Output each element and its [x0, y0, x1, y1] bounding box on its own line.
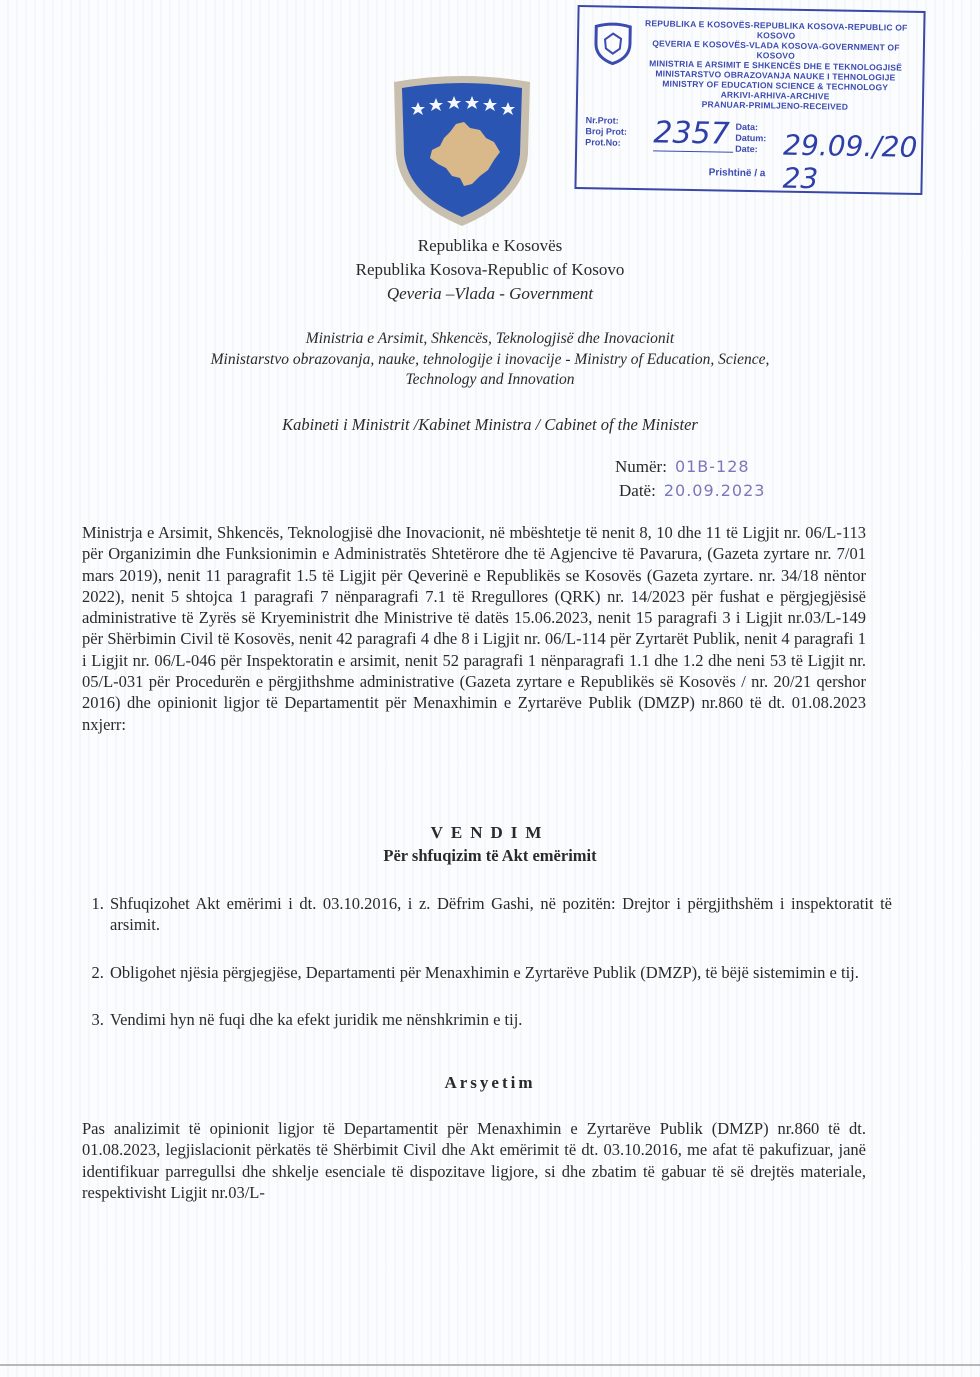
decision-title: VENDIM	[0, 823, 980, 843]
ministry-name-sq: Ministria e Arsimit, Shkencës, Teknologj…	[0, 328, 980, 349]
header-government: Qeveria –Vlada - Government	[0, 282, 980, 306]
reference-date-value: 20.09.2023	[664, 481, 766, 500]
stamp-place: Prishtinë / a	[709, 167, 766, 179]
reference-date-label: Datë:	[619, 481, 656, 500]
received-stamp: Republika e Kosovës-Republika Kosova-Rep…	[574, 5, 925, 195]
stamp-label: Prot.No:	[585, 137, 627, 149]
stamp-date-value: 29.09./20 23	[782, 129, 921, 197]
stamp-label: Date:	[735, 144, 766, 156]
stamp-label: Nr.Prot:	[586, 115, 628, 127]
stamp-label: Broj Prot:	[585, 126, 627, 138]
reference-number-value: 01B-128	[675, 457, 750, 476]
stamp-prot-labels: Nr.Prot: Broj Prot: Prot.No:	[585, 115, 627, 149]
stamp-prot-number: 2357	[653, 116, 734, 152]
decision-item: Obligohet njësia përgjegjëse, Departamen…	[108, 962, 892, 983]
stamp-emblem-icon	[593, 21, 634, 66]
scan-edge-rule	[0, 1364, 980, 1366]
reasoning-paragraph: Pas analizimit të opinionit ligjor të De…	[82, 1118, 866, 1203]
reference-date-row: Datë:20.09.2023	[615, 479, 765, 503]
reference-block: Numër:01B-128 Datë:20.09.2023	[615, 455, 765, 503]
decision-item: Shfuqizohet Akt emërimi i dt. 03.10.2016…	[108, 893, 892, 936]
header-republic-multi: Republika Kosova-Republic of Kosovo	[0, 258, 980, 282]
preamble-paragraph: Ministrja e Arsimit, Shkencës, Teknologj…	[82, 522, 866, 735]
cabinet-line: Kabineti i Ministrit /Kabinet Ministra /…	[0, 414, 980, 435]
reasoning-title: Arsyetim	[0, 1073, 980, 1093]
kosovo-coat-of-arms-icon	[390, 72, 534, 228]
stamp-date-labels: Data: Datum: Date:	[735, 122, 767, 156]
reference-number-label: Numër:	[615, 457, 667, 476]
reference-number-row: Numër:01B-128	[615, 455, 765, 479]
decision-item: Vendimi hyn në fuqi dhe ka efekt juridik…	[108, 1009, 892, 1030]
stamp-label: Data:	[735, 122, 766, 134]
stamp-text: Republika e Kosovës-Republika Kosova-Rep…	[634, 18, 918, 113]
decision-items: Shfuqizohet Akt emërimi i dt. 03.10.2016…	[82, 893, 892, 1056]
header-republic-sq: Republika e Kosovës	[0, 234, 980, 258]
decision-subtitle: Për shfuqizim të Akt emërimit	[0, 846, 980, 866]
ministry-name-en-cont: Technology and Innovation	[0, 369, 980, 390]
stamp-label: Datum:	[735, 133, 766, 145]
ministry-name-sr-en: Ministarstvo obrazovanja, nauke, tehnolo…	[0, 349, 980, 370]
